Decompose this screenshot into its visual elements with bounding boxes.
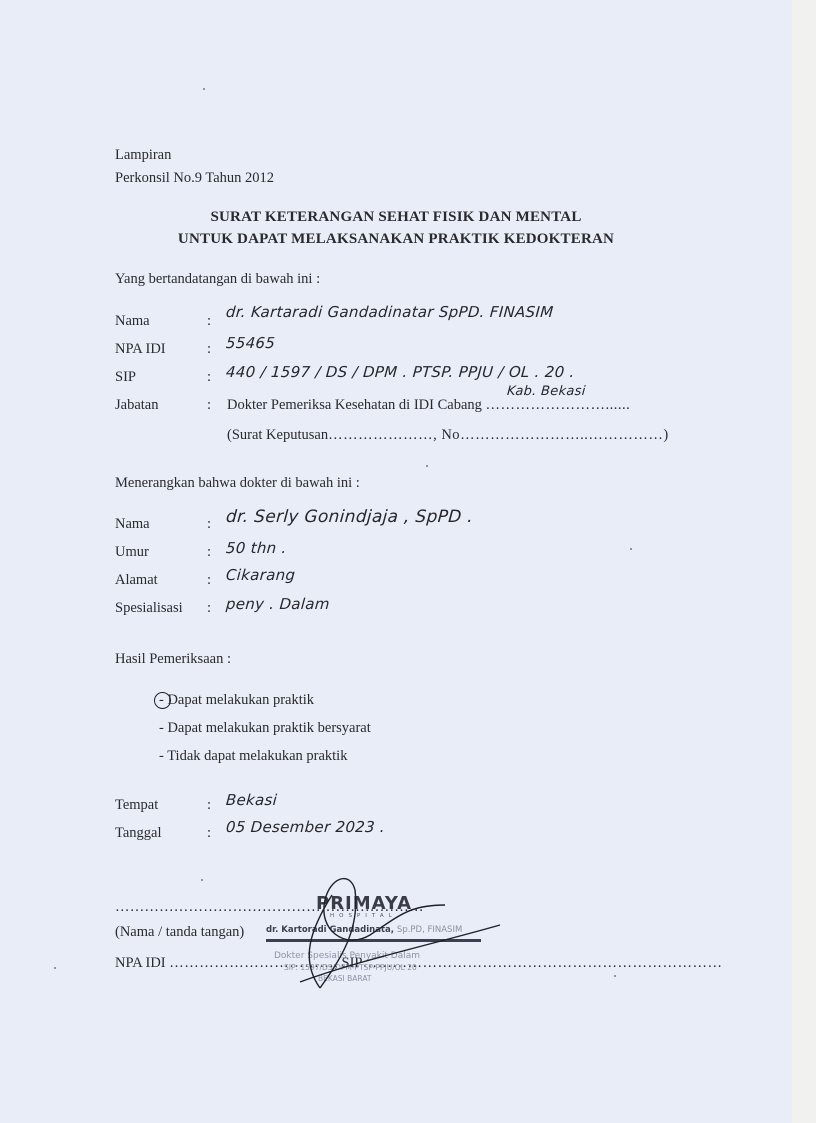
scan-speck — [201, 879, 203, 881]
scan-speck — [426, 465, 428, 467]
scan-speck — [614, 975, 616, 977]
scan-speck — [630, 548, 632, 550]
scan-speck — [203, 88, 205, 90]
handwritten-signature-icon — [0, 0, 816, 1123]
scan-speck — [54, 967, 56, 969]
